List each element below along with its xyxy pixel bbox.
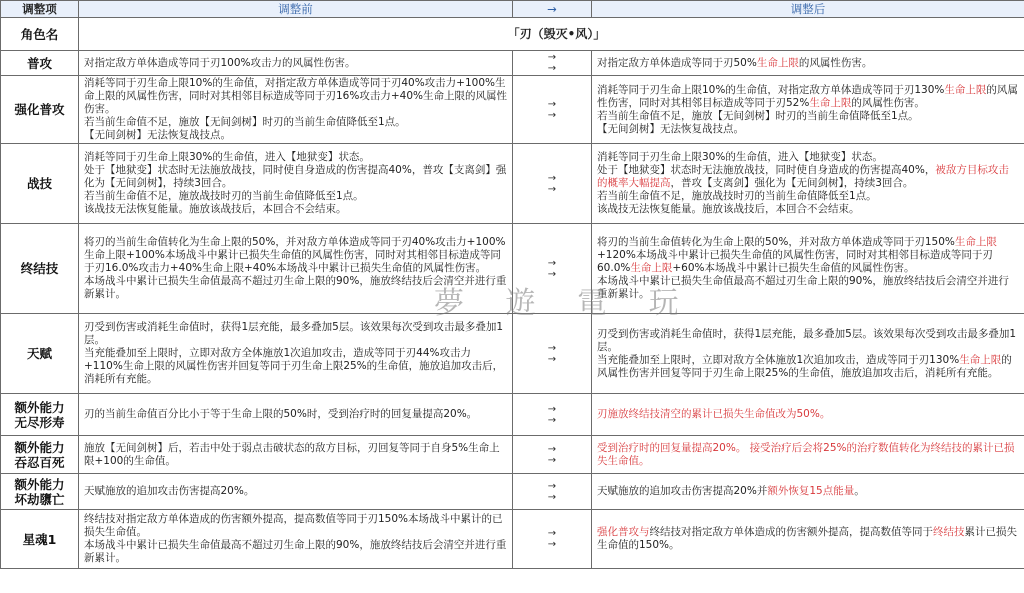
changed-text: 生命上限: [809, 97, 851, 109]
character-name-row: 角色名 「刃（毁灭•风）」: [1, 18, 1024, 51]
text-segment: 。: [854, 485, 865, 497]
table-row: 战技消耗等同于刃生命上限30%的生命值，进入【地狱变】状态。处于【地狱变】状态时…: [1, 144, 1024, 224]
arrow-icon: →→: [513, 314, 592, 394]
table-row: 额外能力无尽形寿刃的当前生命值百分比小于等于生命上限的50%时，受到治疗时的回复…: [1, 394, 1024, 436]
text-segment: 若当前生命值不足，施放战技时刃的当前生命值降低至1点。: [84, 190, 364, 202]
text-segment: 消耗等同于刃生命上限30%的生命值，进入【地狱变】状态。: [84, 151, 370, 163]
adjustment-item: 强化普攻: [1, 76, 79, 144]
right-arrow-icon: →: [513, 492, 591, 503]
right-arrow-icon: →: [513, 99, 591, 110]
text-segment: 对指定敌方单体造成等同于刃50%: [597, 57, 757, 69]
text-segment: 若当前生命值不足，施放【无间剑树】时刃的当前生命值降低至1点。: [597, 110, 919, 122]
right-arrow-icon: →: [513, 481, 591, 492]
text-segment: 刃的当前生命值百分比小于等于生命上限的50%时，受到治疗时的回复量提高20%。: [84, 408, 477, 420]
before-description: 天赋施放的追加攻击伤害提高20%。: [79, 474, 513, 510]
before-description: 将刃的当前生命值转化为生命上限的50%，并对敌方单体造成等同于刃40%攻击力+1…: [79, 224, 513, 314]
text-segment: 该战技无法恢复能量。施放该战技后，本回合不会结束。: [84, 203, 347, 215]
after-description: 受到治疗时的回复量提高20%。 接受治疗后会将25%的治疗数值转化为终结技的累计…: [592, 436, 1024, 474]
text-segment: 对指定敌方单体造成等同于刃100%攻击力的风属性伤害。: [84, 57, 356, 69]
text-segment: 天赋施放的追加攻击伤害提高20%并: [597, 485, 767, 497]
arrow-icon: →→: [513, 76, 592, 144]
header-row: 调整项 调整前 → 调整后: [1, 1, 1024, 18]
adjustment-item: 普攻: [1, 51, 79, 76]
before-description: 刃的当前生命值百分比小于等于生命上限的50%时，受到治疗时的回复量提高20%。: [79, 394, 513, 436]
character-label: 角色名: [1, 18, 79, 51]
adjustment-item: 额外能力无尽形寿: [1, 394, 79, 436]
arrow-icon: →→: [513, 224, 592, 314]
text-segment: 消耗等同于刃生命上限30%的生命值，进入【地狱变】状态。: [597, 151, 883, 163]
header-before: 调整前: [79, 1, 513, 18]
after-description: 将刃的当前生命值转化为生命上限的50%，并对敌方单体造成等同于刃150%生命上限…: [592, 224, 1024, 314]
before-description: 消耗等同于刃生命上限30%的生命值，进入【地狱变】状态。处于【地狱变】状态时无法…: [79, 144, 513, 224]
changed-text: 生命上限: [630, 262, 672, 274]
right-arrow-icon: →: [513, 269, 591, 280]
comparison-table: 调整项 调整前 → 调整后 角色名 「刃（毁灭•风）」 普攻对指定敌方单体造成等…: [0, 0, 1024, 569]
table-row: 额外能力坏劫隳亡天赋施放的追加攻击伤害提高20%。→→天赋施放的追加攻击伤害提高…: [1, 474, 1024, 510]
changed-text: 生命上限: [959, 354, 1001, 366]
adjustment-item: 战技: [1, 144, 79, 224]
text-segment: 刃受到伤害或消耗生命值时，获得1层充能，最多叠加5层。该效果每次受到攻击最多叠加…: [597, 328, 1016, 353]
adjustment-item: 星魂1: [1, 510, 79, 569]
arrow-icon: →→: [513, 510, 592, 569]
text-segment: +60%本场战斗中累计已损失生命值的风属性伤害。: [672, 262, 914, 274]
text-segment: 天赋施放的追加攻击伤害提高20%。: [84, 485, 254, 497]
table-row: 强化普攻消耗等同于刃生命上限10%的生命值，对指定敌方单体造成等同于刃40%攻击…: [1, 76, 1024, 144]
right-arrow-icon: →: [513, 404, 591, 415]
text-segment: 【无间剑树】无法恢复战技点。: [84, 129, 231, 141]
right-arrow-icon: →: [513, 444, 591, 455]
adjustment-item: 额外能力坏劫隳亡: [1, 474, 79, 510]
header-item: 调整项: [1, 1, 79, 18]
right-arrow-icon: →: [513, 52, 591, 63]
before-description: 刃受到伤害或消耗生命值时，获得1层充能，最多叠加5层。该效果每次受到攻击最多叠加…: [79, 314, 513, 394]
after-description: 消耗等同于刃生命上限10%的生命值，对指定敌方单体造成等同于刃130%生命上限的…: [592, 76, 1024, 144]
table-row: 普攻对指定敌方单体造成等同于刃100%攻击力的风属性伤害。→→对指定敌方单体造成…: [1, 51, 1024, 76]
character-name: 「刃（毁灭•风）」: [79, 18, 1024, 51]
header-arrow: →: [513, 1, 592, 18]
text-segment: ，普攻【支离剑】强化为【无间剑树】，持续3回合。: [671, 177, 914, 189]
before-description: 消耗等同于刃生命上限10%的生命值，对指定敌方单体造成等同于刃40%攻击力+10…: [79, 76, 513, 144]
text-segment: 的风属性伤害。: [851, 97, 925, 109]
changed-text: 刃施放终结技清空的累计已损失生命值改为50%。: [597, 408, 830, 420]
text-segment: 刃受到伤害或消耗生命值时，获得1层充能，最多叠加5层。该效果每次受到攻击最多叠加…: [84, 321, 503, 346]
text-segment: 的风属性伤害。: [799, 57, 873, 69]
before-description: 施放【无间剑树】后，若击中处于弱点击破状态的敌方目标，刃回复等同于自身5%生命上…: [79, 436, 513, 474]
right-arrow-icon: →: [513, 528, 591, 539]
changed-text: 生命上限: [944, 84, 986, 96]
text-segment: 本场战斗中累计已损失生命值最高不超过刃生命上限的90%，施放终结技后会清空并进行…: [84, 539, 506, 564]
after-description: 消耗等同于刃生命上限30%的生命值，进入【地狱变】状态。处于【地狱变】状态时无法…: [592, 144, 1024, 224]
right-arrow-icon: →: [513, 415, 591, 426]
right-arrow-icon: →: [513, 173, 591, 184]
right-arrow-icon: →: [513, 258, 591, 269]
right-arrow-icon: →: [513, 455, 591, 466]
adjustment-item: 终结技: [1, 224, 79, 314]
before-description: 终结技对指定敌方单体造成的伤害额外提高，提高数值等同于刃150%本场战斗中累计的…: [79, 510, 513, 569]
table-row: 星魂1终结技对指定敌方单体造成的伤害额外提高，提高数值等同于刃150%本场战斗中…: [1, 510, 1024, 569]
after-description: 对指定敌方单体造成等同于刃50%生命上限的风属性伤害。: [592, 51, 1024, 76]
text-segment: 当充能叠加至上限时，立即对敌方全体施放1次追加攻击，造成等同于刃44%攻击力+1…: [84, 347, 503, 385]
text-segment: 当充能叠加至上限时，立即对敌方全体施放1次追加攻击，造成等同于刃130%: [597, 354, 959, 366]
text-segment: 该战技无法恢复能量。施放该战技后，本回合不会结束。: [597, 203, 860, 215]
right-arrow-icon: →: [513, 354, 591, 365]
adjustment-item: 天赋: [1, 314, 79, 394]
table-row: 额外能力吞忍百死施放【无间剑树】后，若击中处于弱点击破状态的敌方目标，刃回复等同…: [1, 436, 1024, 474]
arrow-icon: →→: [513, 394, 592, 436]
text-segment: 本场战斗中累计已损失生命值最高不超过刃生命上限的90%，施放终结技后会清空并进行…: [597, 275, 1009, 300]
text-segment: 若当前生命值不足，施放战技时刃的当前生命值降低至1点。: [597, 190, 877, 202]
text-segment: 终结技对指定敌方单体造成的伤害额外提高，提高数值等同于刃150%本场战斗中累计的…: [84, 513, 503, 538]
arrow-icon: →→: [513, 51, 592, 76]
right-arrow-icon: →: [513, 539, 591, 550]
text-segment: 【无间剑树】无法恢复战技点。: [597, 123, 744, 135]
text-segment: 将刃的当前生命值转化为生命上限的50%，并对敌方单体造成等同于刃150%: [597, 236, 955, 248]
table-row: 天赋刃受到伤害或消耗生命值时，获得1层充能，最多叠加5层。该效果每次受到攻击最多…: [1, 314, 1024, 394]
text-segment: 若当前生命值不足，施放【无间剑树】时刃的当前生命值降低至1点。: [84, 116, 406, 128]
text-segment: 终结技对指定敌方单体造成的伤害额外提高，提高数值等同于: [650, 526, 934, 538]
after-description: 强化普攻与终结技对指定敌方单体造成的伤害额外提高，提高数值等同于终结技累计已损失…: [592, 510, 1024, 569]
after-description: 刃受到伤害或消耗生命值时，获得1层充能，最多叠加5层。该效果每次受到攻击最多叠加…: [592, 314, 1024, 394]
changed-text: 受到治疗时的回复量提高20%。 接受治疗后会将25%的治疗数值转化为终结技的累计…: [597, 442, 1015, 467]
changed-text: 终结技: [933, 526, 965, 538]
changed-text: 额外恢复15点能量: [767, 485, 854, 497]
right-arrow-icon: →: [513, 343, 591, 354]
after-description: 刃施放终结技清空的累计已损失生命值改为50%。: [592, 394, 1024, 436]
adjustment-item: 额外能力吞忍百死: [1, 436, 79, 474]
before-description: 对指定敌方单体造成等同于刃100%攻击力的风属性伤害。: [79, 51, 513, 76]
text-segment: 施放【无间剑树】后，若击中处于弱点击破状态的敌方目标，刃回复等同于自身5%生命上…: [84, 442, 500, 467]
text-segment: 将刃的当前生命值转化为生命上限的50%，并对敌方单体造成等同于刃40%攻击力+1…: [84, 236, 506, 274]
text-segment: 本场战斗中累计已损失生命值最高不超过刃生命上限的90%，施放终结技后会清空并进行…: [84, 275, 506, 300]
after-description: 天赋施放的追加攻击伤害提高20%并额外恢复15点能量。: [592, 474, 1024, 510]
changed-text: 强化普攻与: [597, 526, 650, 538]
header-after: 调整后: [592, 1, 1024, 18]
text-segment: 消耗等同于刃生命上限10%的生命值，对指定敌方单体造成等同于刃40%攻击力+10…: [84, 77, 507, 115]
table-row: 终结技将刃的当前生命值转化为生命上限的50%，并对敌方单体造成等同于刃40%攻击…: [1, 224, 1024, 314]
arrow-icon: →→: [513, 436, 592, 474]
right-arrow-icon: →: [513, 184, 591, 195]
text-segment: 消耗等同于刃生命上限10%的生命值，对指定敌方单体造成等同于刃130%: [597, 84, 944, 96]
right-arrow-icon: →: [513, 110, 591, 121]
arrow-icon: →→: [513, 144, 592, 224]
text-segment: 处于【地狱变】状态时无法施放战技，同时使自身造成的伤害提高40%，普攻【支离剑】…: [84, 164, 506, 189]
changed-text: 生命上限: [757, 57, 799, 69]
right-arrow-icon: →: [513, 63, 591, 74]
arrow-icon: →→: [513, 474, 592, 510]
changed-text: 生命上限: [955, 236, 997, 248]
text-segment: 处于【地狱变】状态时无法施放战技，同时使自身造成的伤害提高40%，: [597, 164, 935, 176]
